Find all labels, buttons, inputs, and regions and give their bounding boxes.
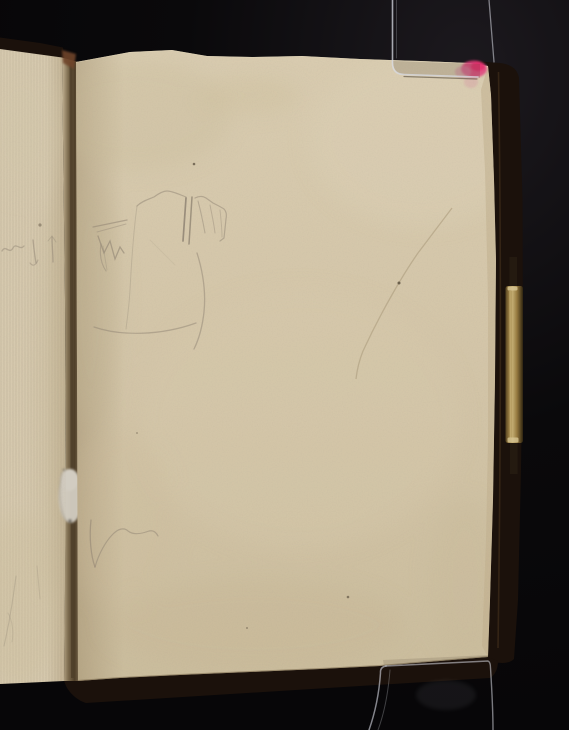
photo-canvas (0, 0, 569, 730)
brass-clasp (506, 257, 524, 474)
gutter-shadow-line (71, 62, 73, 678)
clasp-strap-lower (510, 438, 518, 474)
perspex-reflection (416, 680, 476, 710)
clasp-end-bottom (508, 438, 519, 443)
clasp-bar (506, 286, 524, 443)
clasp-strap-upper (510, 257, 518, 291)
clasp-end-top (508, 287, 518, 291)
sketchbook-photo (0, 0, 569, 730)
clasp-highlight (510, 291, 511, 438)
paper-grain (0, 40, 530, 690)
